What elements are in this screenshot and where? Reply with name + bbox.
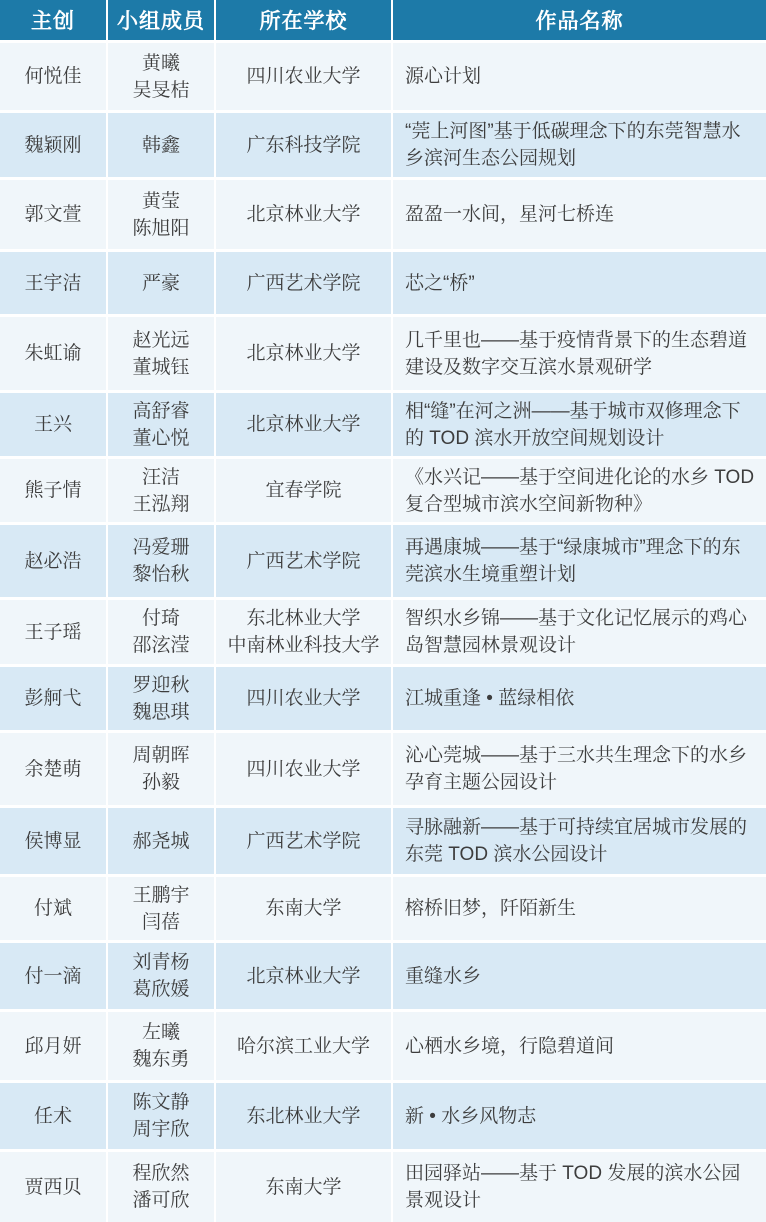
table-row: 何悦佳 黄曦 吴旻桔 四川农业大学 源心计划 [0,43,766,110]
members-cell: 严豪 [108,252,214,314]
table-row: 侯博显 郝尧城 广西艺术学院 寻脉融新——基于可持续宜居城市发展的东莞 TOD … [0,808,766,874]
creator-cell: 何悦佳 [0,43,106,110]
table-row: 王子瑶 付琦 邵泫滢 东北林业大学 中南林业科技大学 智织水乡锦——基于文化记忆… [0,600,766,664]
members-cell: 付琦 邵泫滢 [108,600,214,664]
table-row: 彭舸弋 罗迎秋 魏思琪 四川农业大学 江城重逢 • 蓝绿相依 [0,667,766,730]
members-cell: 汪洁 王泓翔 [108,459,214,522]
work-title-cell: 再遇康城——基于“绿康城市”理念下的东莞滨水生境重塑计划 [393,525,766,597]
creator-cell: 王宇洁 [0,252,106,314]
work-title-cell: 榕桥旧梦，阡陌新生 [393,877,766,940]
table-row: 邱月妍 左曦 魏东勇 哈尔滨工业大学 心栖水乡境，行隐碧道间 [0,1012,766,1080]
creator-cell: 赵必浩 [0,525,106,597]
members-cell: 左曦 魏东勇 [108,1012,214,1080]
work-title-cell: 寻脉融新——基于可持续宜居城市发展的东莞 TOD 滨水公园设计 [393,808,766,874]
header-cell-members: 小组成员 [108,0,214,40]
school-cell: 北京林业大学 [216,943,391,1009]
members-cell: 周朝晖 孙毅 [108,733,214,805]
work-title-cell: 新 • 水乡风物志 [393,1083,766,1149]
members-cell: 陈文静 周宇欣 [108,1083,214,1149]
school-cell: 哈尔滨工业大学 [216,1012,391,1080]
members-cell: 高舒睿 董心悦 [108,393,214,456]
table-row: 付一滴 刘青杨 葛欣媛 北京林业大学 重缝水乡 [0,943,766,1009]
creator-cell: 付一滴 [0,943,106,1009]
members-cell: 冯爱珊 黎怡秋 [108,525,214,597]
creator-cell: 熊子情 [0,459,106,522]
work-title-cell: 江城重逢 • 蓝绿相依 [393,667,766,730]
creator-cell: 彭舸弋 [0,667,106,730]
table-row: 朱虹谕 赵光远 董城钰 北京林业大学 几千里也——基于疫情背景下的生态碧道建设及… [0,317,766,390]
work-title-cell: 《水兴记——基于空间进化论的水乡 TOD 复合型城市滨水空间新物种》 [393,459,766,522]
school-cell: 东南大学 [216,1152,391,1222]
members-cell: 赵光远 董城钰 [108,317,214,390]
school-cell: 东北林业大学 中南林业科技大学 [216,600,391,664]
work-title-cell: 相“缝”在河之洲——基于城市双修理念下的 TOD 滨水开放空间规划设计 [393,393,766,456]
table-row: 魏颖刚 韩鑫 广东科技学院 “莞上河图”基于低碳理念下的东莞智慧水乡滨河生态公园… [0,113,766,177]
table-row: 王兴 高舒睿 董心悦 北京林业大学 相“缝”在河之洲——基于城市双修理念下的 T… [0,393,766,456]
results-table: 主创 小组成员 所在学校 作品名称 何悦佳 黄曦 吴旻桔 四川农业大学 源心计划… [0,0,766,1222]
members-cell: 王鹏宇 闫蓓 [108,877,214,940]
school-cell: 广西艺术学院 [216,252,391,314]
table-row: 付斌 王鹏宇 闫蓓 东南大学 榕桥旧梦，阡陌新生 [0,877,766,940]
work-title-cell: 芯之“桥” [393,252,766,314]
school-cell: 广西艺术学院 [216,525,391,597]
creator-cell: 郭文萱 [0,180,106,249]
creator-cell: 王子瑶 [0,600,106,664]
creator-cell: 朱虹谕 [0,317,106,390]
school-cell: 宜春学院 [216,459,391,522]
table-row: 任术 陈文静 周宇欣 东北林业大学 新 • 水乡风物志 [0,1083,766,1149]
school-cell: 北京林业大学 [216,180,391,249]
table-row: 郭文萱 黄莹 陈旭阳 北京林业大学 盈盈一水间，星河七桥连 [0,180,766,249]
members-cell: 罗迎秋 魏思琪 [108,667,214,730]
work-title-cell: 源心计划 [393,43,766,110]
work-title-cell: 智织水乡锦——基于文化记忆展示的鸡心岛智慧园林景观设计 [393,600,766,664]
creator-cell: 贾西贝 [0,1152,106,1222]
creator-cell: 任术 [0,1083,106,1149]
creator-cell: 余楚萌 [0,733,106,805]
header-cell-creator: 主创 [0,0,106,40]
members-cell: 刘青杨 葛欣媛 [108,943,214,1009]
members-cell: 郝尧城 [108,808,214,874]
header-cell-school: 所在学校 [216,0,391,40]
creator-cell: 魏颖刚 [0,113,106,177]
members-cell: 黄曦 吴旻桔 [108,43,214,110]
table-row: 熊子情 汪洁 王泓翔 宜春学院 《水兴记——基于空间进化论的水乡 TOD 复合型… [0,459,766,522]
table-row: 余楚萌 周朝晖 孙毅 四川农业大学 沁心莞城——基于三水共生理念下的水乡孕育主题… [0,733,766,805]
work-title-cell: “莞上河图”基于低碳理念下的东莞智慧水乡滨河生态公园规划 [393,113,766,177]
members-cell: 程欣然 潘可欣 [108,1152,214,1222]
creator-cell: 付斌 [0,877,106,940]
table-row: 王宇洁 严豪 广西艺术学院 芯之“桥” [0,252,766,314]
header-row: 主创 小组成员 所在学校 作品名称 [0,0,766,40]
work-title-cell: 盈盈一水间，星河七桥连 [393,180,766,249]
table-row: 贾西贝 程欣然 潘可欣 东南大学 田园驿站——基于 TOD 发展的滨水公园景观设… [0,1152,766,1222]
school-cell: 广东科技学院 [216,113,391,177]
school-cell: 东北林业大学 [216,1083,391,1149]
work-title-cell: 几千里也——基于疫情背景下的生态碧道建设及数字交互滨水景观研学 [393,317,766,390]
school-cell: 北京林业大学 [216,393,391,456]
school-cell: 四川农业大学 [216,43,391,110]
work-title-cell: 心栖水乡境，行隐碧道间 [393,1012,766,1080]
school-cell: 东南大学 [216,877,391,940]
creator-cell: 邱月妍 [0,1012,106,1080]
school-cell: 四川农业大学 [216,733,391,805]
work-title-cell: 田园驿站——基于 TOD 发展的滨水公园景观设计 [393,1152,766,1222]
work-title-cell: 重缝水乡 [393,943,766,1009]
school-cell: 北京林业大学 [216,317,391,390]
school-cell: 广西艺术学院 [216,808,391,874]
header-cell-work-title: 作品名称 [393,0,766,40]
members-cell: 韩鑫 [108,113,214,177]
school-cell: 四川农业大学 [216,667,391,730]
creator-cell: 侯博显 [0,808,106,874]
members-cell: 黄莹 陈旭阳 [108,180,214,249]
table-row: 赵必浩 冯爱珊 黎怡秋 广西艺术学院 再遇康城——基于“绿康城市”理念下的东莞滨… [0,525,766,597]
creator-cell: 王兴 [0,393,106,456]
work-title-cell: 沁心莞城——基于三水共生理念下的水乡孕育主题公园设计 [393,733,766,805]
